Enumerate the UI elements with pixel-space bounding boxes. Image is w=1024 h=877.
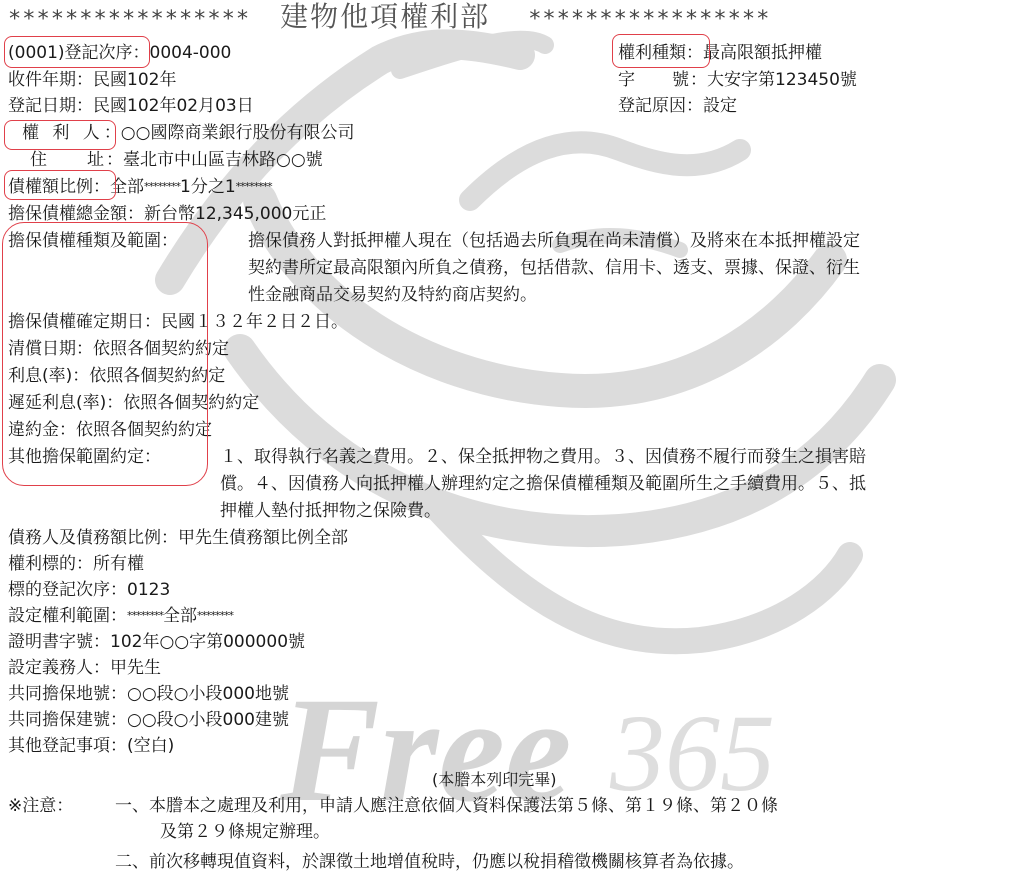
field-joint-building-number: 共同擔保建號：○○段○小段000建號 [8, 708, 289, 732]
field-label: 標的登記次序 [8, 580, 110, 600]
field-registration-date: 登記日期：民國102年02月03日 [8, 94, 254, 118]
field-label: 共同擔保建號 [8, 710, 110, 730]
field-label: 住 址 [30, 150, 106, 170]
field-value: ：甲先生 [93, 658, 161, 678]
field-value: ：102年○○字第000000號 [93, 632, 305, 652]
field-receipt-year: 收件年期：民國102年 [8, 68, 176, 92]
field-right-object: 權利標的：所有權 [8, 552, 144, 576]
field-label: 其他登記事項 [8, 736, 110, 756]
header-stars-left: ***************** [8, 7, 250, 32]
field-label: 收件年期 [8, 70, 76, 90]
field-value: ：○○國際商業銀行股份有限公司 [104, 123, 355, 143]
field-label: 設定權利範圍 [8, 606, 110, 626]
field-value: ：新台幣12,345,000元正 [127, 204, 326, 224]
notice-item-2: 二、前次移轉現值資料，於課徵土地增值稅時，仍應以稅捐稽徵機關核算者為依據。 [115, 850, 744, 874]
header-stars-right: ***************** [528, 7, 770, 32]
highlight-rights-holder [4, 120, 116, 150]
field-value-stars: ******** [144, 180, 180, 193]
highlight-right-type [612, 34, 710, 68]
guarantee-scope-line: 性金融商品交易契約及特約商店契約。 [248, 283, 537, 307]
document-title: 建物他項權利部 [280, 0, 490, 33]
field-value-mid: 全部 [163, 606, 197, 626]
field-certificate-number: 證明書字號：102年○○字第000000號 [8, 630, 305, 654]
field-label: 證明書字號 [8, 632, 93, 652]
field-value: ：設定 [686, 96, 737, 116]
field-document-number: 字 號：大安字第123450號 [618, 68, 857, 92]
field-label: 擔保債權總金額 [8, 204, 127, 224]
field-value-stars: ******** [236, 180, 272, 193]
guarantee-scope-line: 契約書所定最高限額內所負之債務，包括借款、信用卡、透支、票據、保證、衍生 [248, 256, 860, 280]
guarantee-scope-line: 擔保債務人對抵押權人現在（包括過去所負現在尚未清償）及將來在本抵押權設定 [248, 229, 860, 253]
field-label: 字 號 [618, 70, 690, 90]
field-value-stars: ******** [197, 609, 233, 622]
highlight-guarantee-details [2, 222, 208, 486]
field-value-prefix: ： [110, 606, 127, 626]
field-set-rights-scope: 設定權利範圍：********全部******** [8, 604, 233, 628]
field-value: ：臺北市中山區吉林路○○號 [106, 150, 323, 170]
field-label: 登記日期 [8, 96, 76, 116]
field-joint-land-number: 共同擔保地號：○○段○小段000地號 [8, 682, 289, 706]
notice-label: ※注意： [8, 794, 73, 818]
field-value: ：民國102年 [76, 70, 176, 90]
field-obligor: 設定義務人：甲先生 [8, 656, 161, 680]
field-value-mid: 1分之1 [180, 177, 236, 197]
field-label: 共同擔保地號 [8, 684, 110, 704]
field-value: ：民國102年02月03日 [76, 96, 254, 116]
field-value-stars: ******** [127, 609, 163, 622]
other-scope-line: 償。４、因債務人向抵押權人辦理約定之擔保債權種類及範圍所生之手續費用。５、抵 [220, 472, 866, 496]
field-object-registration-order: 標的登記次序：0123 [8, 578, 170, 602]
print-complete-text: (本謄本列印完畢) [432, 768, 557, 792]
field-label: 登記原因 [618, 96, 686, 116]
field-label: 債務人及債務額比例 [8, 528, 161, 548]
field-value: ：○○段○小段000建號 [110, 710, 289, 730]
field-value: ：○○段○小段000地號 [110, 684, 289, 704]
land-registry-transcript: *****************建物他項權利部****************… [0, 0, 1024, 877]
field-value: ：0123 [110, 580, 170, 600]
field-label: 設定義務人 [8, 658, 93, 678]
field-value: ：(空白) [110, 736, 174, 756]
field-label: 權利標的 [8, 554, 76, 574]
field-value: ：大安字第123450號 [690, 70, 857, 90]
highlight-claim-ratio [4, 170, 116, 200]
document-header: *****************建物他項權利部****************… [8, 2, 770, 35]
other-scope-line: 押權人墊付抵押物之保險費。 [220, 499, 441, 523]
notice-item-1: 一、本謄本之處理及利用，申請人應注意依個人資料保護法第５條、第１９條、第２０條 [115, 794, 778, 818]
field-value: ：甲先生債務額比例全部 [161, 528, 348, 548]
highlight-registration-order [4, 36, 150, 68]
other-scope-line: １、取得執行名義之費用。２、保全抵押物之費用。３、因債務不履行而發生之損害賠 [220, 445, 866, 469]
field-value: ：所有權 [76, 554, 144, 574]
field-registration-reason: 登記原因：設定 [618, 94, 737, 118]
field-other-registration-items: 其他登記事項：(空白) [8, 734, 174, 758]
field-address: 住 址：臺北市中山區吉林路○○號 [30, 148, 323, 172]
field-debtor-ratio: 債務人及債務額比例：甲先生債務額比例全部 [8, 526, 348, 550]
notice-item-1-continued: 及第２９條規定辦理。 [160, 820, 330, 844]
